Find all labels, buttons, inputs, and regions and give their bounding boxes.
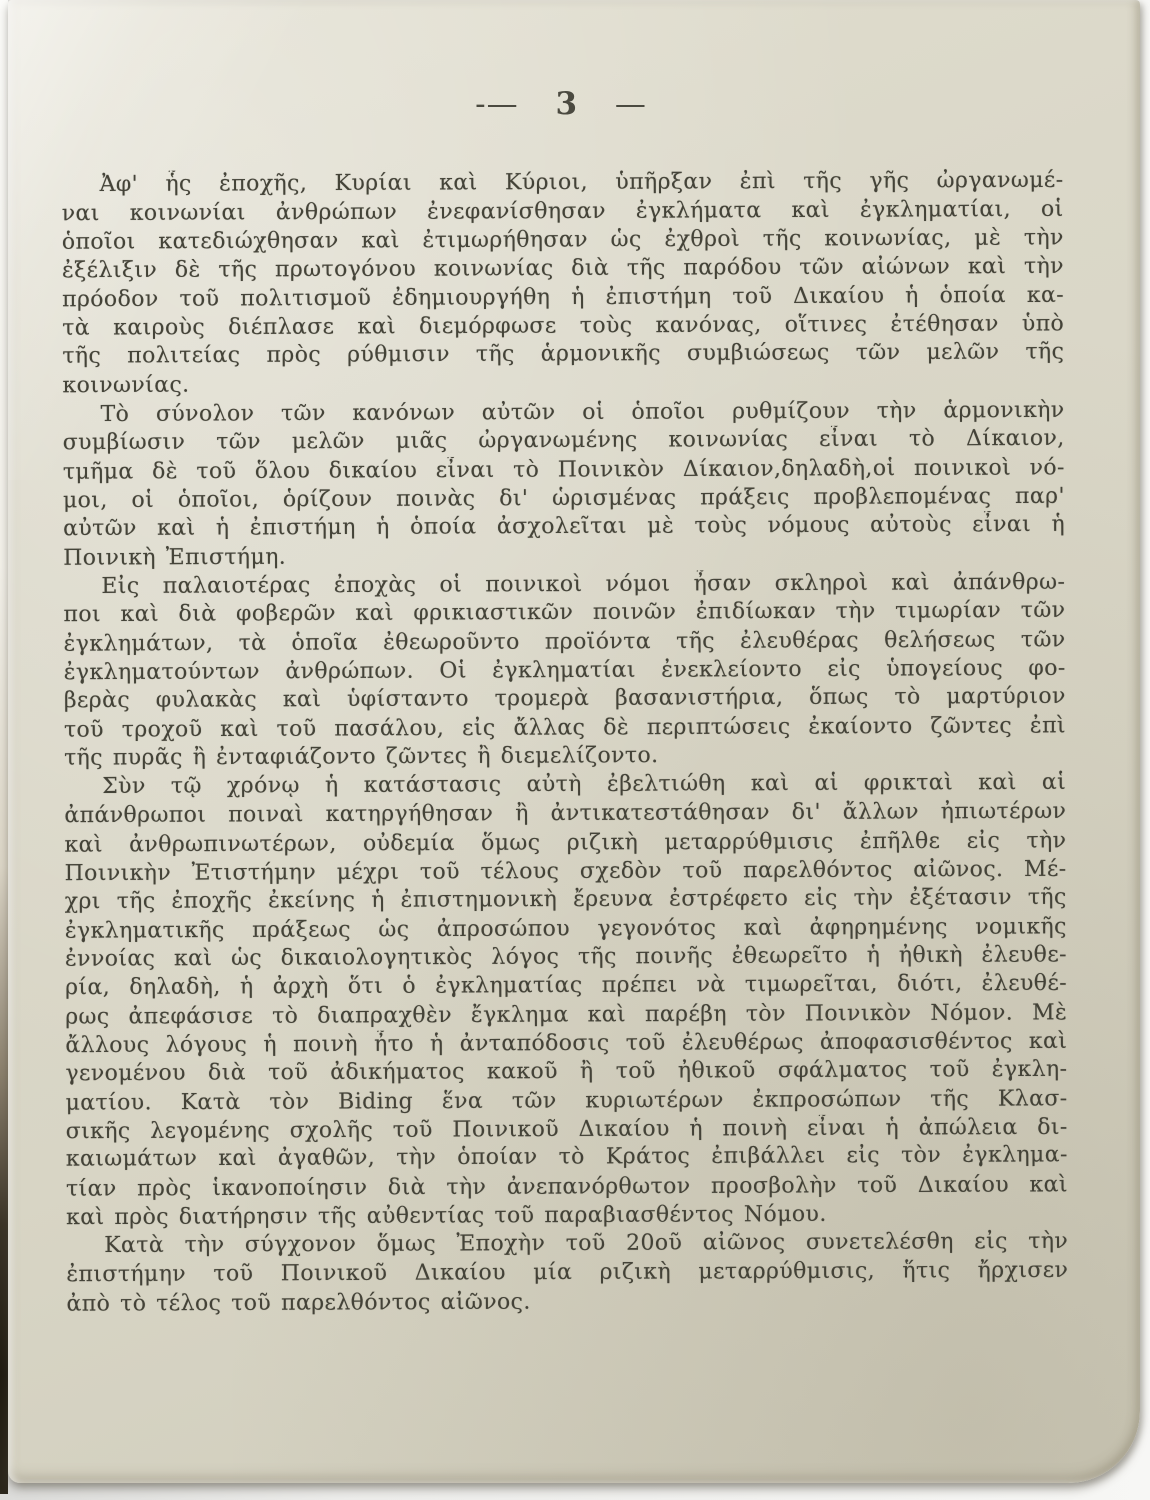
text-line: τῆς πυρᾶς ἢ ἐνταφιάζοντο ζῶντες ἢ διεμελ… (64, 740, 1066, 773)
page-number: 3 (555, 86, 578, 122)
paragraph: Εἰς παλαιοτέρας ἐποχὰς οἱ ποινικοὶ νόμοι… (63, 568, 1066, 773)
text-line: Εἰς παλαιοτέρας ἐποχὰς οἱ ποινικοὶ νόμοι… (63, 568, 1065, 601)
paragraph: Σὺν τῷ χρόνῳ ἡ κατάστασις αὐτὴ ἐβελτιώθη… (64, 769, 1068, 1232)
text-line: ἐννοίας καὶ ὡς δικαιολογητικὸς λόγος τῆς… (65, 941, 1067, 974)
text-line: Σὺν τῷ χρόνῳ ἡ κατάστασις αὐτὴ ἐβελτιώθη… (64, 769, 1066, 802)
text-line: κοινωνίας. (62, 368, 1064, 401)
header-dash-right: — (615, 86, 647, 122)
text-line: ματίου. Κατὰ τὸν Biding ἕνα τῶν κυριωτέρ… (66, 1085, 1068, 1118)
text-line: τῆς πολιτείας πρὸς ρύθμισιν τῆς ἁρμονικῆ… (62, 338, 1064, 371)
page-left-edge-shadow (0, 0, 8, 1494)
paragraph: Κατὰ τὴν σύγχονον ὅμως Ἐποχὴν τοῦ 20οῦ α… (66, 1228, 1068, 1318)
text-line: καὶ πρὸς διατήρησιν τῆς αὐθεντίας τοῦ πα… (66, 1200, 1068, 1233)
text-line: καὶ ἀνθρωπινωτέρων, οὐδεμία ὅμως ριζικὴ … (64, 827, 1066, 860)
text-line: Τὸ σύνολον τῶν κανόνων αὐτῶν οἱ ὁποῖοι ρ… (63, 396, 1065, 429)
text-line: αὐτῶν καὶ ἡ ἐπιστήμη ἡ ὁποία ἀσχολεῖται … (63, 511, 1065, 544)
text-line: καιωμάτων καὶ ἀγαθῶν, τὴν ὁποίαν τὸ Κράτ… (66, 1142, 1068, 1175)
text-line: Ἀφ' ἧς ἐποχῆς, Κυρίαι καὶ Κύριοι, ὑπῆρξα… (62, 167, 1064, 200)
text-line: ἐπιστήμην τοῦ Ποινικοῦ Δικαίου μία ριζικ… (66, 1257, 1068, 1290)
text-line: ἐγκληματούντων ἀνθρώπων. Οἱ ἐγκληματίαι … (64, 655, 1066, 688)
text-line: Κατὰ τὴν σύγχονον ὅμως Ἐποχὴν τοῦ 20οῦ α… (66, 1228, 1068, 1261)
page-header: -— 3 — (58, 86, 1064, 122)
text-line: ποι καὶ διὰ φοβερῶν καὶ φρικιαστικῶν ποι… (63, 597, 1065, 630)
text-line: πρόοδον τοῦ πολιτισμοῦ ἐδημιουργήθη ἡ ἐπ… (62, 282, 1064, 315)
header-dash-left: -— (475, 86, 518, 122)
text-line: τίαν πρὸς ἱκανοποίησιν διὰ τὴν ἀνεπανόρθ… (66, 1171, 1068, 1204)
text-block: Ἀφ' ἧς ἐποχῆς, Κυρίαι καὶ Κύριοι, ὑπῆρξα… (62, 167, 1069, 1319)
text-line: ρως ἀπεφάσισε τὸ διαπραχθὲν ἔγκλημα καὶ … (65, 999, 1067, 1032)
text-line: ἐξέλιξιν δὲ τῆς πρωτογόνου κοινωνίας διὰ… (62, 253, 1064, 286)
text-line: μοι, οἱ ὁποῖοι, ὁρίζουν ποινὰς δι' ὡρισμ… (63, 482, 1065, 515)
text-line: ἄλλους λόγους ἡ ποινὴ ἦτο ἡ ἀνταπόδοσις … (65, 1027, 1067, 1060)
text-line: ἀπάνθρωποι ποιναὶ κατηργήθησαν ἢ ἀντικατ… (64, 798, 1066, 831)
text-line: ρία, δηλαδὴ, ἡ ἀρχὴ ὅτι ὁ ἐγκληματίας πρ… (65, 970, 1067, 1003)
paragraph: Τὸ σύνολον τῶν κανόνων αὐτῶν οἱ ὁποῖοι ρ… (63, 396, 1066, 572)
scan-background: -— 3 — Ἀφ' ἧς ἐποχῆς, Κυρίαι καὶ Κύριοι,… (0, 0, 1150, 1500)
text-line: Ποινικὴ Ἐπιστήμη. (63, 540, 1065, 573)
text-line: ἀπὸ τὸ τέλος τοῦ παρελθόντος αἰῶνος. (66, 1286, 1068, 1319)
text-line: τμῆμα δὲ τοῦ ὅλου δικαίου εἶναι τὸ Ποινι… (63, 454, 1065, 487)
text-line: ναι κοινωνίαι ἀνθρώπων ἐνεφανίσθησαν ἐγκ… (62, 196, 1064, 229)
text-line: συμβίωσιν τῶν μελῶν μιᾶς ὠργανωμένης κοι… (63, 425, 1065, 458)
text-line: ἐγκλημάτων, τὰ ὁποῖα ἐθεωροῦντο προϊόντα… (64, 626, 1066, 659)
text-line: χρι τῆς ἐποχῆς ἐκείνης ἡ ἐπιστημονικὴ ἔρ… (65, 884, 1067, 917)
text-line: ὁποῖοι κατεδιώχθησαν καὶ ἐτιμωρήθησαν ὡς… (62, 225, 1064, 258)
scanned-page: -— 3 — Ἀφ' ἧς ἐποχῆς, Κυρίαι καὶ Κύριοι,… (8, 0, 1140, 1483)
paragraph: Ἀφ' ἧς ἐποχῆς, Κυρίαι καὶ Κύριοι, ὑπῆρξα… (62, 167, 1065, 401)
text-line: Ποινικὴν Ἐτιστήμην μέχρι τοῦ τέλους σχεδ… (65, 855, 1067, 888)
text-line: γενομένου διὰ τοῦ ἀδικήματος κακοῦ ἢ τοῦ… (65, 1056, 1067, 1089)
text-line: βερὰς φυλακὰς καὶ ὑφίσταντο τρομερὰ βασα… (64, 683, 1066, 716)
